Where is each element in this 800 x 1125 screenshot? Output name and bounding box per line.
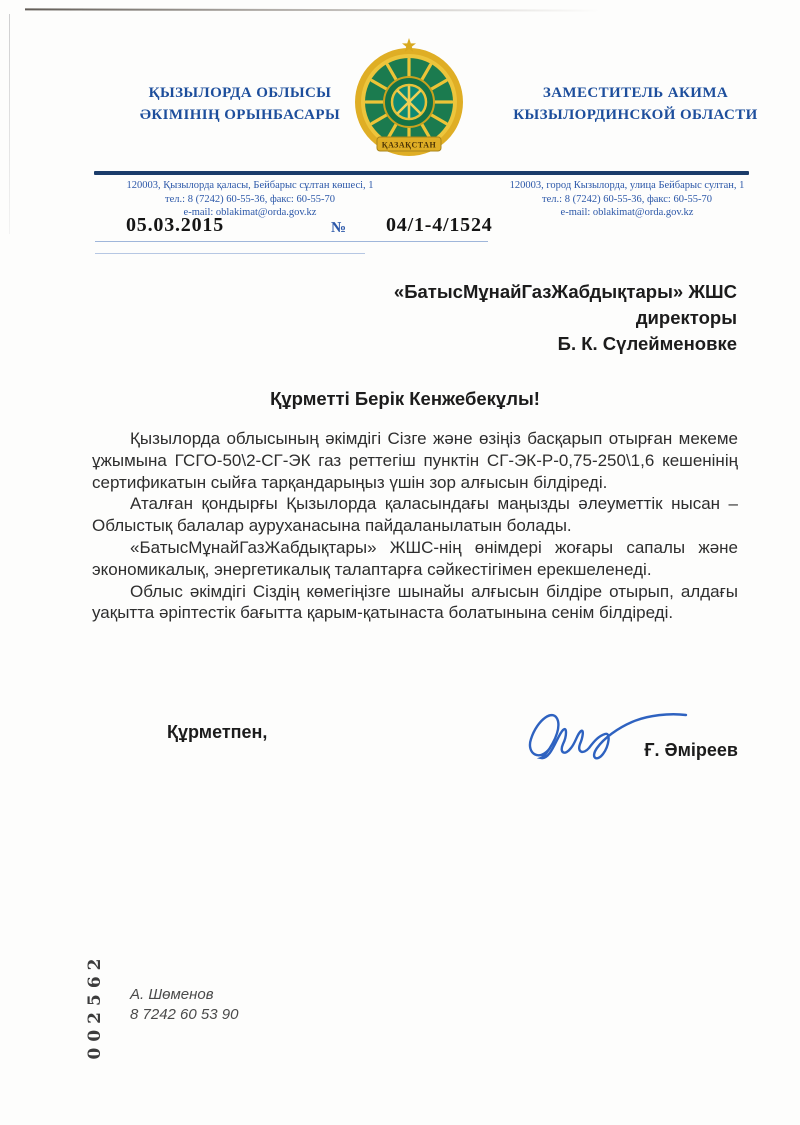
letter-page: ҚЫЗЫЛОРДА ОБЛЫСЫ ӘКІМІНІҢ ОРЫНБАСАРЫ ЗАМ… bbox=[0, 0, 800, 1125]
signer-name: Ғ. Әміреев bbox=[560, 740, 738, 761]
header-divider-rule bbox=[94, 171, 749, 175]
paragraph-3: «БатысМұнайГазЖабдықтары» ЖШС-нің өнімде… bbox=[92, 537, 738, 581]
address-kk-line2: тел.: 8 (7242) 60-55-36, факс: 60-55-70 bbox=[95, 193, 405, 207]
reference-underline bbox=[95, 241, 488, 242]
registration-stamp-number: 002562 bbox=[85, 941, 105, 1071]
sender-title-russian: ЗАМЕСТИТЕЛЬ АКИМА КЫЗЫЛОРДИНСКОЙ ОБЛАСТИ bbox=[493, 82, 778, 126]
address-ru-line1: 120003, город Кызылорда, улица Бейбарыс … bbox=[488, 179, 766, 193]
paragraph-2: Аталған қондырғы Қызылорда қаласындағы м… bbox=[92, 493, 738, 537]
recipient-position: директоры bbox=[280, 305, 737, 331]
paragraph-4: Облыс әкімдігі Сіздің көмегіңізге шынайы… bbox=[92, 581, 738, 625]
reference-underline-secondary bbox=[95, 253, 365, 254]
sender-address-russian: 120003, город Кызылорда, улица Бейбарыс … bbox=[488, 179, 766, 220]
letter-body: Қызылорда облысының әкімдігі Сізге және … bbox=[92, 428, 738, 624]
executor-name: А. Шөменов bbox=[130, 985, 238, 1005]
sender-title-russian-line2: КЫЗЫЛОРДИНСКОЙ ОБЛАСТИ bbox=[493, 104, 778, 126]
recipient-name: Б. К. Сүлейменовке bbox=[280, 331, 737, 357]
recipient-block: «БатысМұнайГазЖабдықтары» ЖШС директоры … bbox=[280, 279, 737, 357]
closing-phrase: Құрметпен, bbox=[167, 722, 267, 743]
address-ru-line2: тел.: 8 (7242) 60-55-36, факс: 60-55-70 bbox=[488, 193, 766, 207]
executor-block: А. Шөменов 8 7242 60 53 90 bbox=[130, 985, 238, 1025]
kazakhstan-coat-of-arms-icon: ҚАЗАҚСТАН bbox=[348, 36, 470, 168]
letter-reference-number: 04/1-4/1524 bbox=[386, 214, 493, 237]
scan-artifact-left-edge bbox=[9, 14, 10, 234]
number-sign: № bbox=[331, 220, 346, 237]
executor-phone: 8 7242 60 53 90 bbox=[130, 1005, 238, 1025]
sender-title-kazakh: ҚЫЗЫЛОРДА ОБЛЫСЫ ӘКІМІНІҢ ОРЫНБАСАРЫ bbox=[95, 82, 385, 126]
emblem-banner-text: ҚАЗАҚСТАН bbox=[382, 141, 437, 150]
letter-date: 05.03.2015 bbox=[126, 214, 224, 237]
scan-artifact-top-line bbox=[25, 8, 600, 11]
salutation: Құрметті Берік Кенжебекұлы! bbox=[60, 388, 750, 410]
recipient-organization: «БатысМұнайГазЖабдықтары» ЖШС bbox=[280, 279, 737, 305]
sender-title-kazakh-line2: ӘКІМІНІҢ ОРЫНБАСАРЫ bbox=[95, 104, 385, 126]
address-ru-email: e-mail: oblakimat@orda.gov.kz bbox=[488, 206, 766, 220]
address-kk-line1: 120003, Қызылорда қаласы, Бейбарыс сұлта… bbox=[95, 179, 405, 193]
sender-title-kazakh-line1: ҚЫЗЫЛОРДА ОБЛЫСЫ bbox=[95, 82, 385, 104]
sender-title-russian-line1: ЗАМЕСТИТЕЛЬ АКИМА bbox=[493, 82, 778, 104]
paragraph-1: Қызылорда облысының әкімдігі Сізге және … bbox=[92, 428, 738, 493]
